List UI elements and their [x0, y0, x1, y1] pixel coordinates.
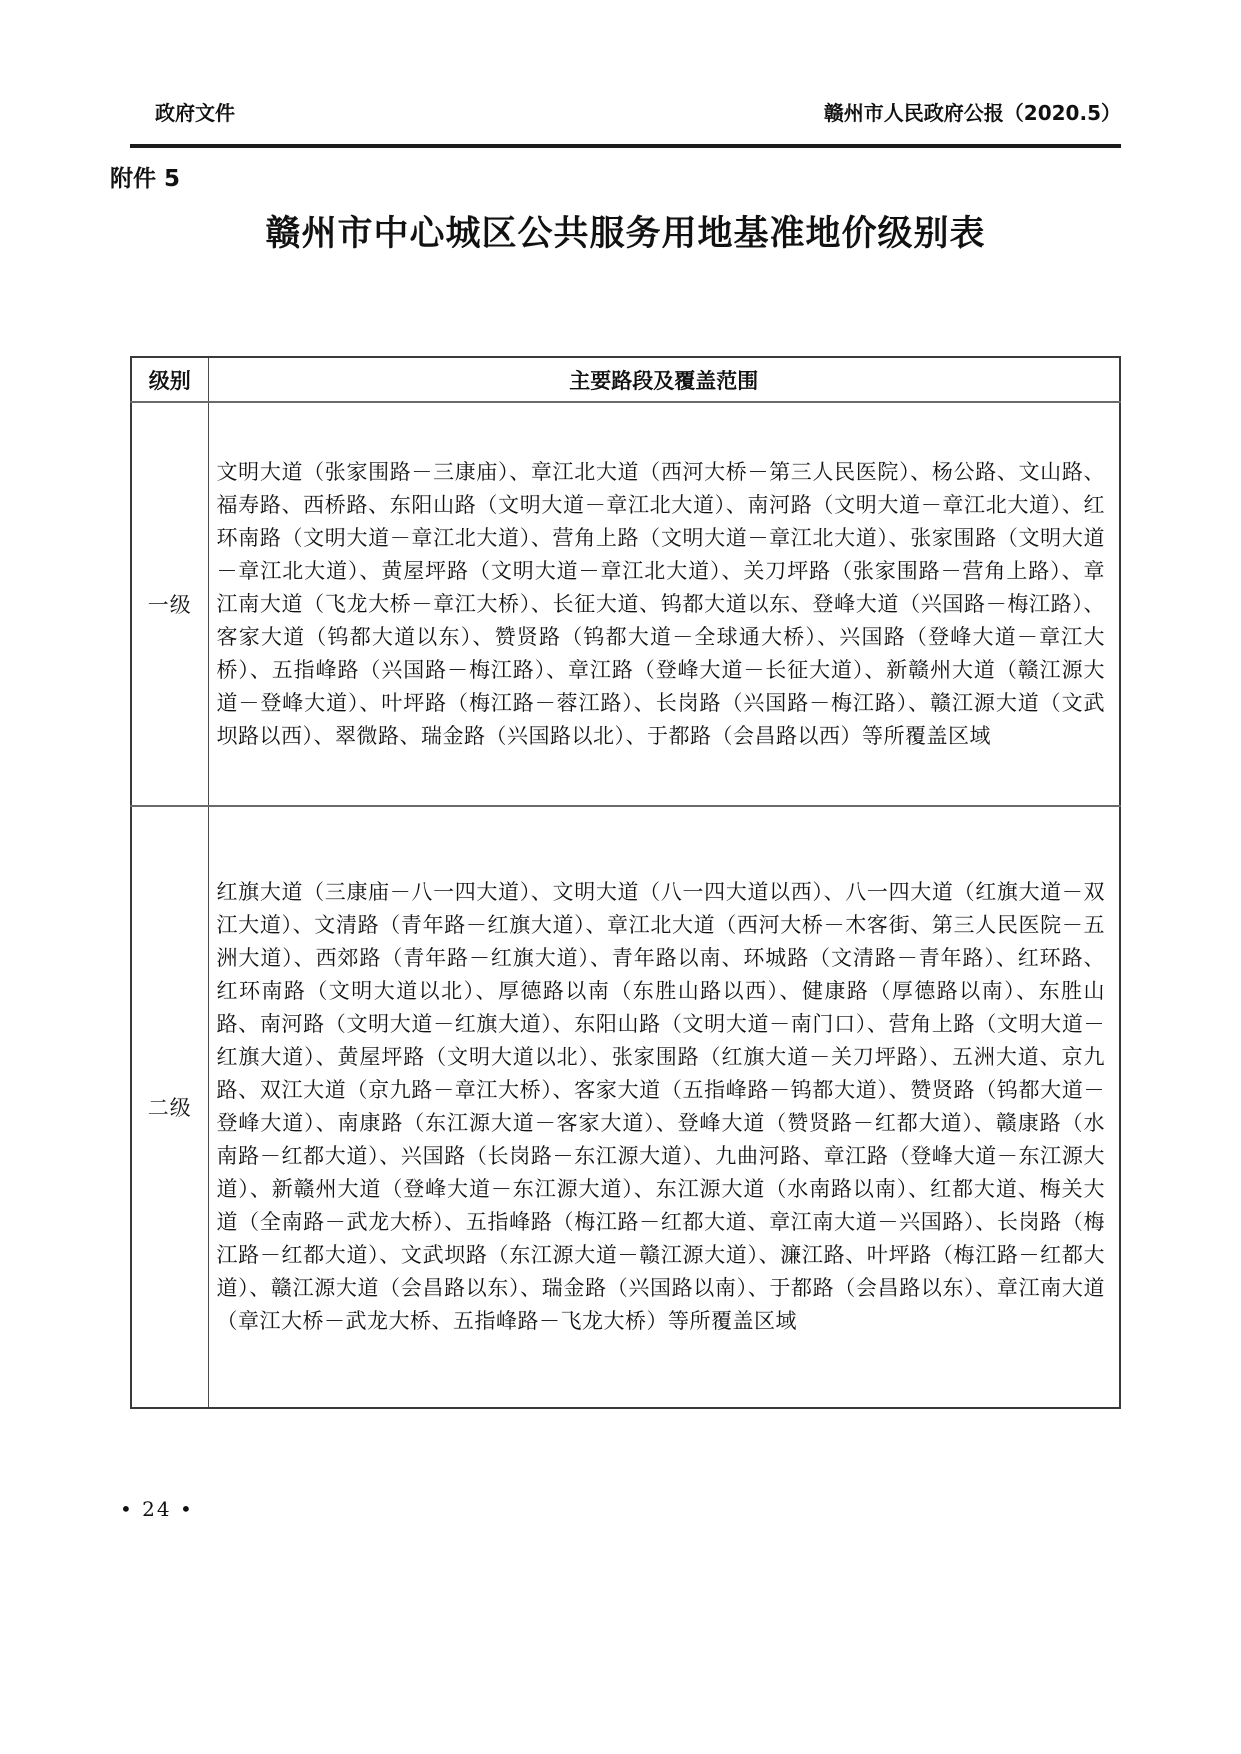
header-gazette-title: 赣州市人民政府公报（2020.5） — [824, 100, 1121, 126]
level-1-coverage-cell: 文明大道（张家围路－三康庙）、章江北大道（西河大桥－第三人民医院）、杨公路、文山… — [208, 402, 1120, 806]
level-1-label: 一级 — [131, 402, 208, 806]
table-row-level-2: 二级 红旗大道（三康庙－八一四大道）、文明大道（八一四大道以西）、八一四大道（红… — [131, 806, 1120, 1408]
level-2-coverage-text: 红旗大道（三康庙－八一四大道）、文明大道（八一四大道以西）、八一四大道（红旗大道… — [217, 876, 1106, 1338]
header-rule — [130, 144, 1121, 148]
header-section-label: 政府文件 — [155, 100, 235, 126]
page-number: • 24 • — [120, 1497, 1121, 1521]
table-header-row: 级别 主要路段及覆盖范围 — [131, 357, 1120, 402]
level-2-label: 二级 — [131, 806, 208, 1408]
gazette-page: 政府文件 赣州市人民政府公报（2020.5） 附件 5 赣州市中心城区公共服务用… — [0, 0, 1241, 1754]
page-header: 政府文件 赣州市人民政府公报（2020.5） — [130, 100, 1121, 126]
attachment-label: 附件 5 — [110, 164, 1121, 194]
level-2-coverage-cell: 红旗大道（三康庙－八一四大道）、文明大道（八一四大道以西）、八一四大道（红旗大道… — [208, 806, 1120, 1408]
column-header-level: 级别 — [131, 357, 208, 402]
column-header-coverage: 主要路段及覆盖范围 — [208, 357, 1120, 402]
land-price-level-table: 级别 主要路段及覆盖范围 一级 文明大道（张家围路－三康庙）、章江北大道（西河大… — [130, 356, 1121, 1409]
page-title: 赣州市中心城区公共服务用地基准地价级别表 — [130, 210, 1121, 258]
table-row-level-1: 一级 文明大道（张家围路－三康庙）、章江北大道（西河大桥－第三人民医院）、杨公路… — [131, 402, 1120, 806]
level-1-coverage-text: 文明大道（张家围路－三康庙）、章江北大道（西河大桥－第三人民医院）、杨公路、文山… — [217, 456, 1106, 753]
